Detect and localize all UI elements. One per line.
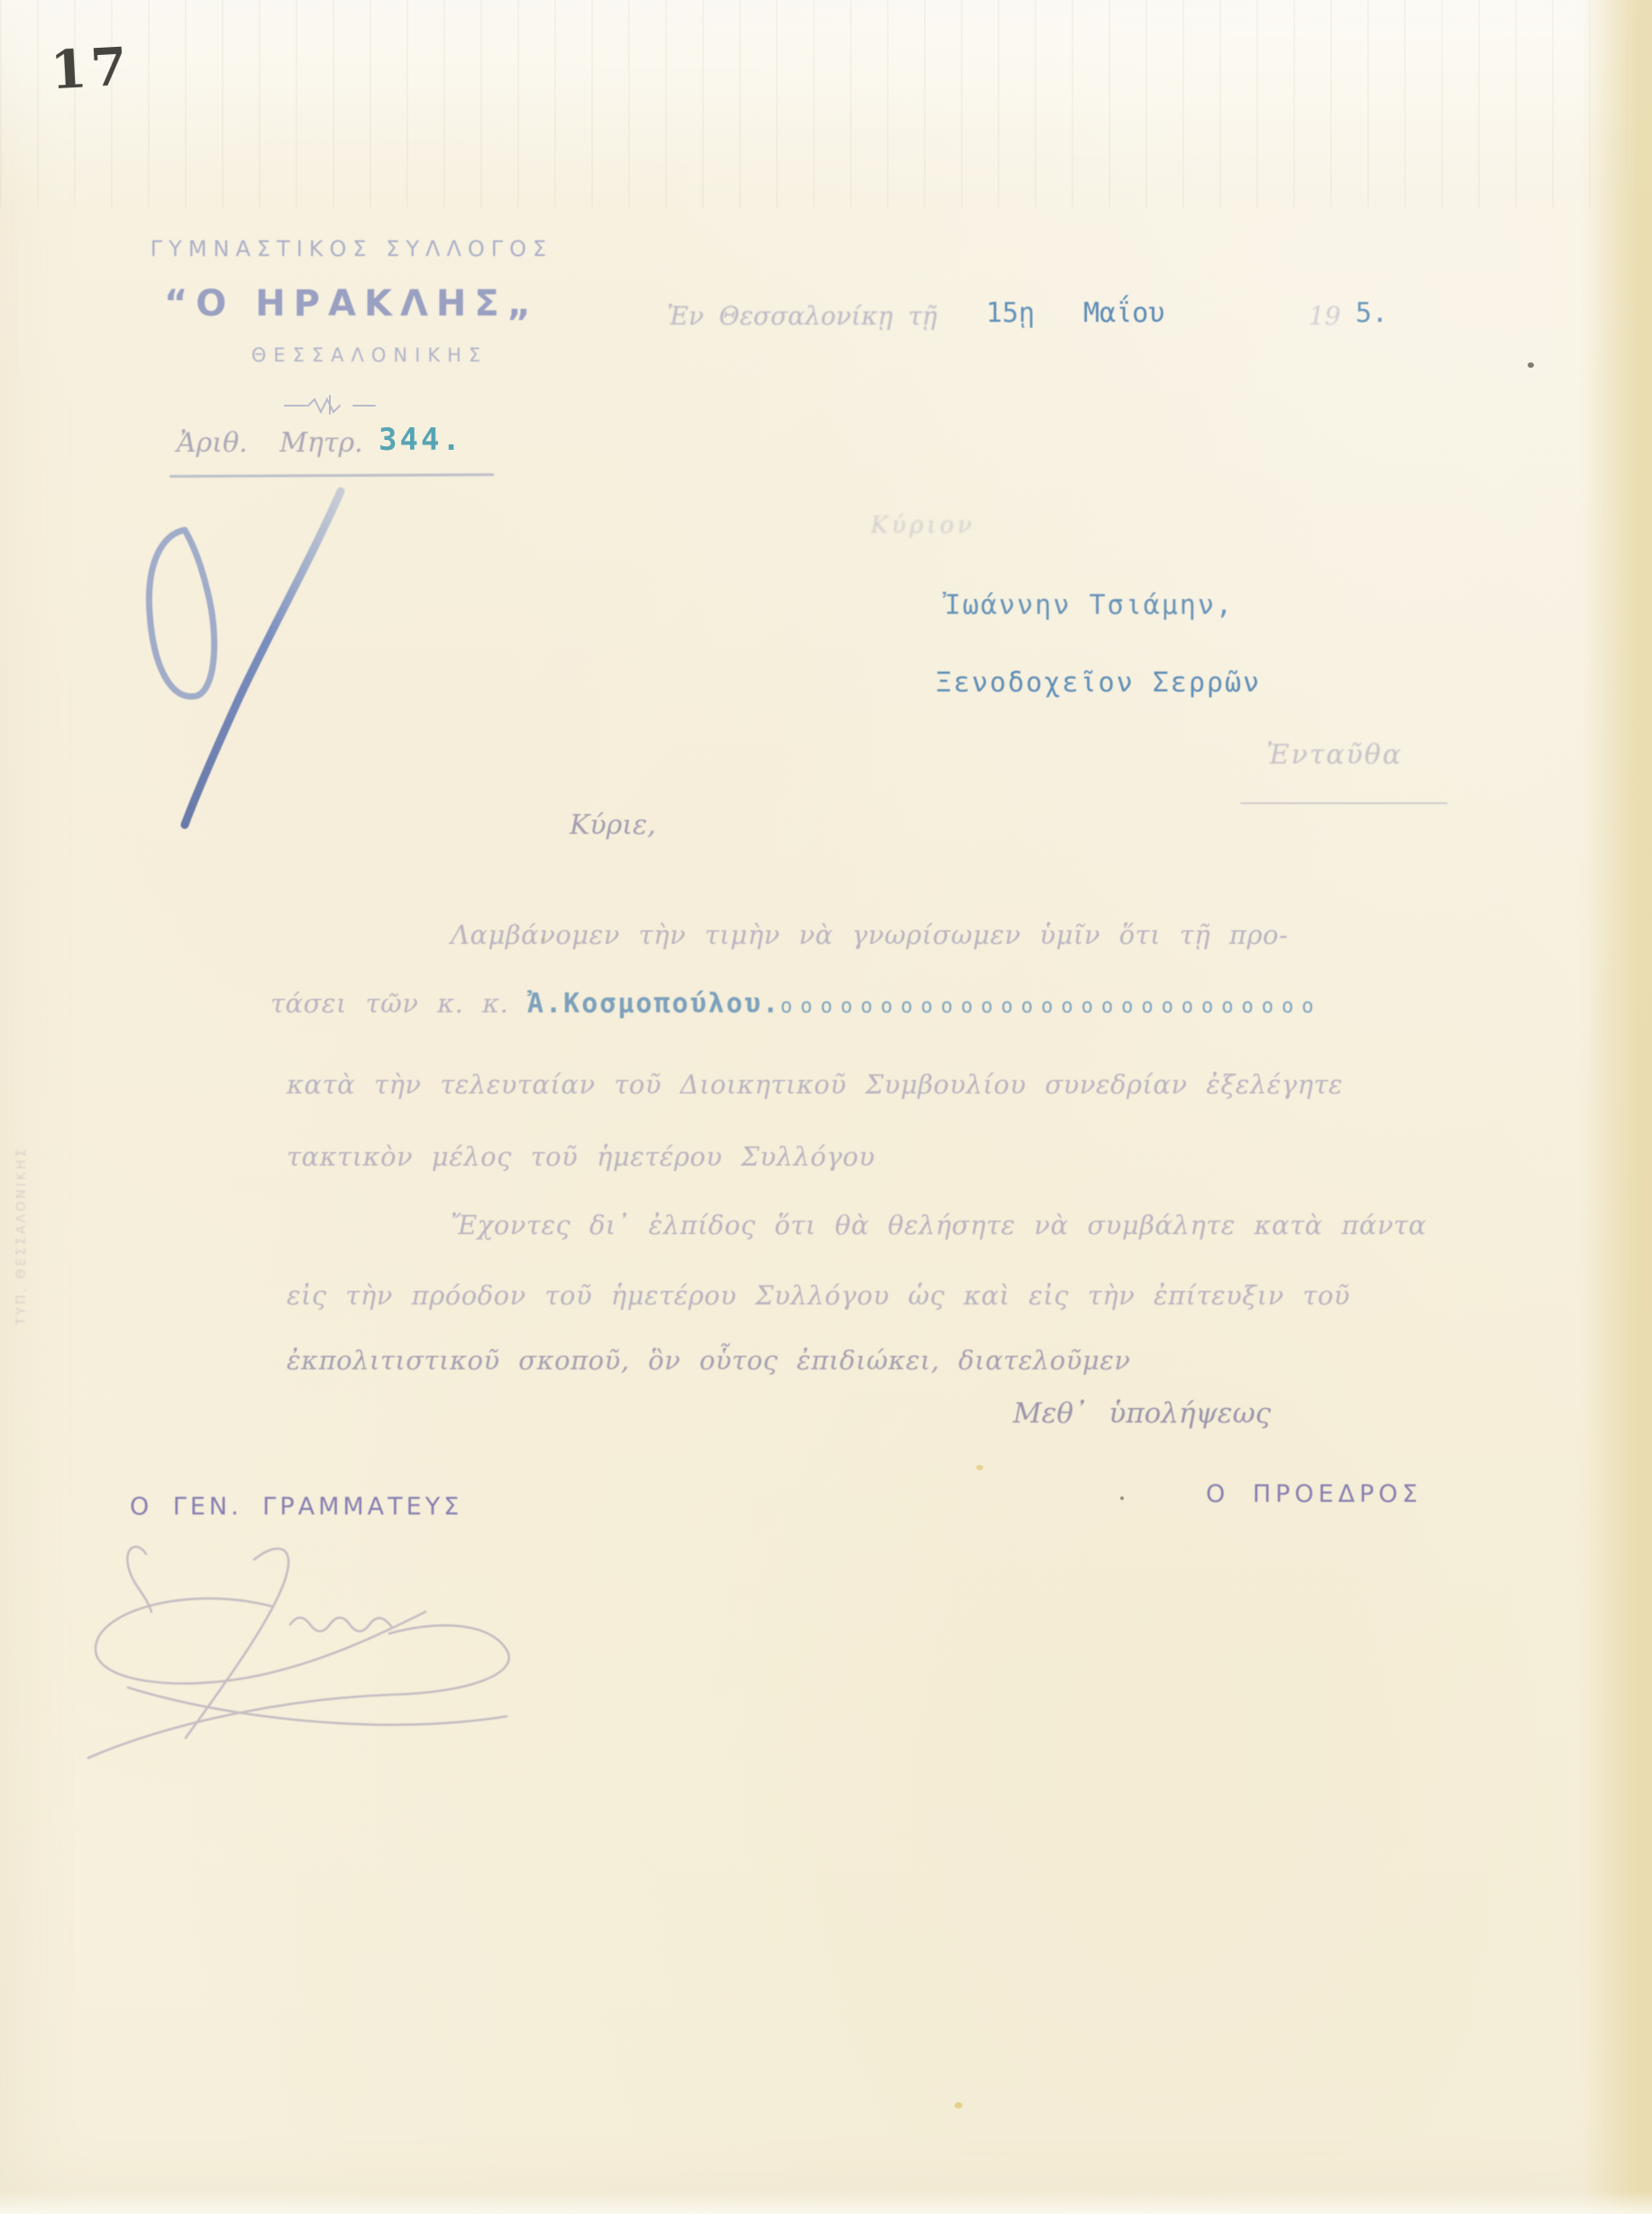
salutation: Κύριε,	[570, 810, 656, 841]
letter-page: 17 ΓΥΜΝΑΣΤΙΚΟΣ ΣΥΛΛΟΓΟΣ “Ο ΗΡΑΚΛΗΣ„ ΘΕΣΣ…	[0, 0, 1652, 2214]
page-number-stamp: 17	[49, 36, 132, 102]
secretary-signature	[72, 1532, 541, 1767]
date-year-printed: 19	[1309, 301, 1341, 331]
letterhead-club-name: “Ο ΗΡΑΚΛΗΣ„	[117, 283, 586, 325]
date-month-typed: Μαΐου	[1083, 297, 1164, 329]
letterhead-flourish-icon	[283, 393, 377, 416]
body-line-5: Ἔχοντες δι᾽ ἐλπίδος ὅτι θὰ θελήσητε νὰ σ…	[451, 1210, 1427, 1240]
president-title-stamp: Ο ΠΡΟΕΔΡΟΣ	[1206, 1480, 1422, 1508]
secretary-title-stamp: Ο ΓΕΝ. ΓΡΑΜΜΑΤΕΥΣ	[130, 1493, 462, 1521]
letterhead-city: ΘΕΣΣΑΛΟΝΙΚΗΣ	[135, 344, 604, 366]
recipient-address: Ξενοδοχεῖον Σερρῶν	[936, 667, 1261, 699]
body-line-2-printed: τάσει τῶν κ. κ.	[270, 988, 508, 1019]
closing-phrase: Μεθ᾽ ὑπολήψεως	[1013, 1397, 1271, 1430]
paper-speck	[1120, 1496, 1124, 1500]
body-line-7: ἐκπολιτιστικοῦ σκοποῦ, ὃν οὗτος ἐπιδιώκε…	[287, 1345, 1130, 1376]
paper-right-edge	[1582, 0, 1652, 2214]
recipient-city-underline	[1240, 802, 1447, 804]
printer-imprint: ΤΥΠ. ΘΕΣΣΑΛΟΝΙΚΗΣ	[14, 1037, 29, 1325]
body-line-3: κατὰ τὴν τελευταίαν τοῦ Διοικητικοῦ Συμβ…	[287, 1069, 1343, 1100]
recipient-city: Ἐνταῦθα	[1266, 739, 1402, 771]
body-line-2-dot-leader: οοοοοοοοοοοοοοοοοοοοοοοοοοο	[780, 995, 1322, 1018]
recipient-printed-to: Κύριον	[871, 512, 975, 539]
body-line-1: Λαμβάνομεν τὴν τιμὴν νὰ γνωρίσωμεν ὑμῖν …	[451, 919, 1288, 950]
recipient-name: Ἰωάννην Τσιάμην,	[945, 590, 1234, 621]
paper-top-creases	[0, 0, 1652, 207]
paper-speck	[954, 2102, 963, 2109]
protocol-label: Ἀριθ. Μητρ.	[177, 427, 363, 459]
date-place-printed: Ἐν Θεσσαλονίκῃ τῇ	[667, 301, 937, 331]
body-line-6: εἰς τὴν πρόοδον τοῦ ἡμετέρου Συλλόγου ὡς…	[287, 1280, 1350, 1311]
body-line-2: τάσει τῶν κ. κ. Ἀ.Κοσμοπούλου.οοοοοοοοοο…	[270, 988, 1322, 1020]
blue-pencil-mark	[126, 469, 379, 847]
paper-speck	[1528, 362, 1534, 368]
protocol-number: 344.	[379, 422, 463, 458]
body-line-4: τακτικὸν μέλος τοῦ ἡμετέρου Συλλόγου	[287, 1141, 875, 1172]
date-day-typed: 15ῃ	[986, 297, 1035, 329]
paper-mottling	[0, 0, 1652, 2214]
date-year-typed: 5.	[1355, 297, 1388, 329]
paper-bottom-edge	[0, 2191, 1652, 2214]
body-line-2-typed-name: Ἀ.Κοσμοπούλου.	[527, 988, 780, 1020]
letterhead-club-type: ΓΥΜΝΑΣΤΙΚΟΣ ΣΥΛΛΟΓΟΣ	[117, 236, 586, 261]
paper-speck	[976, 1465, 983, 1470]
